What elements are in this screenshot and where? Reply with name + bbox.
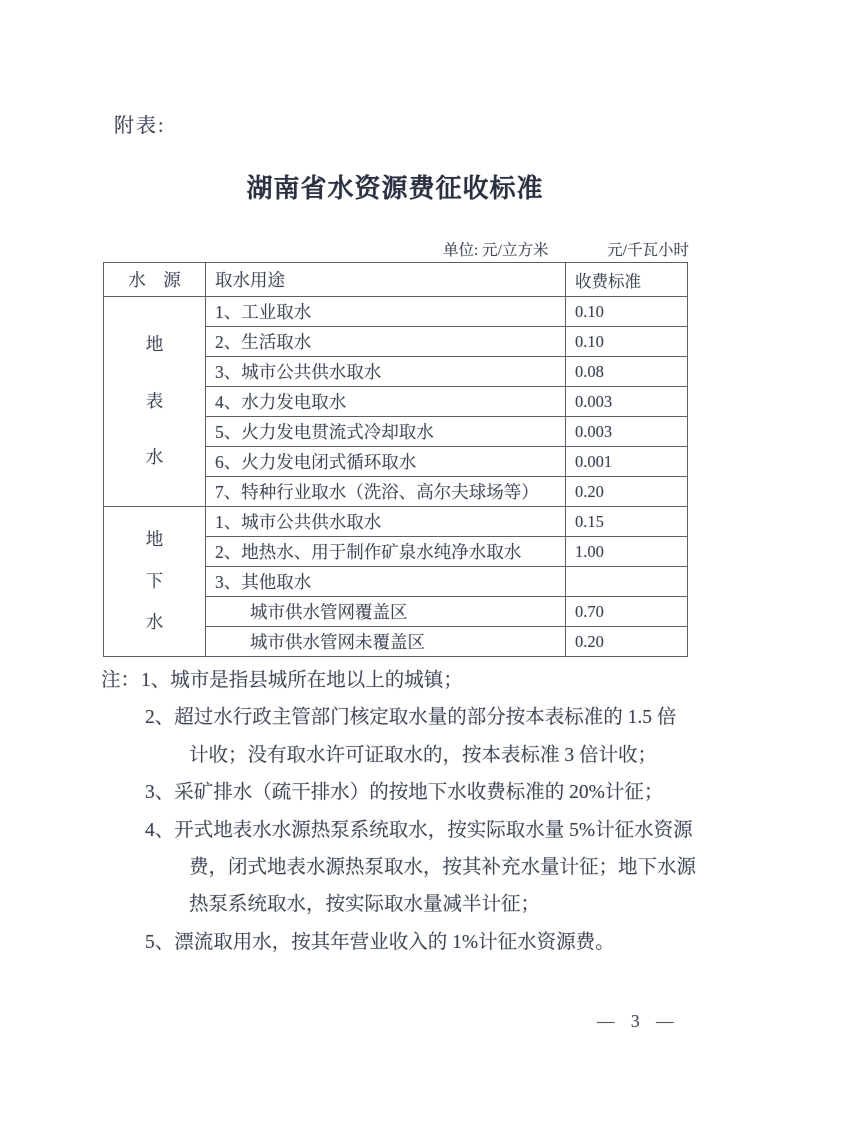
note-line: 费，闭式地表水源热泵取水，按其补充水量计征；地下水源 (189, 849, 701, 886)
attachment-label: 附表: (114, 109, 166, 138)
note-line: 3、采矿排水（疏干排水）的按地下水收费标准的 20%计征； (145, 774, 701, 811)
note-line: 热泵系统取水，按实际取水量减半计征； (189, 886, 701, 923)
fee-cell: 0.10 (566, 297, 688, 327)
fee-cell: 0.15 (566, 507, 688, 537)
notes-prefix: 注： (101, 670, 140, 691)
note-line: 计收；没有取水许可证取水的，按本表标准 3 倍计收； (189, 737, 701, 774)
fee-cell: 0.20 (566, 627, 688, 657)
note-line: 4、开式地表水水源热泵系统取水，按实际取水量 5%计征水资源 (145, 812, 701, 849)
note-line: 5、漂流取用水，按其年营业收入的 1%计征水资源费。 (145, 924, 701, 961)
fee-cell: 0.20 (566, 477, 688, 507)
group-char: 水 (146, 449, 164, 467)
purpose-cell: 3、城市公共供水取水 (206, 357, 566, 387)
purpose-cell: 4、水力发电取水 (206, 387, 566, 417)
fee-cell: 1.00 (566, 537, 688, 567)
fee-cell: 0.003 (566, 387, 688, 417)
purpose-cell: 2、生活取水 (206, 327, 566, 357)
note-line: 注：1、城市是指县城所在地以上的城镇； (101, 662, 701, 699)
purpose-cell: 6、火力发电闭式循环取水 (206, 447, 566, 477)
purpose-cell-indented: 城市供水管网未覆盖区 (206, 627, 566, 657)
group-char: 表 (146, 393, 164, 411)
fee-cell (566, 567, 688, 597)
purpose-cell: 2、地热水、用于制作矿泉水纯净水取水 (206, 537, 566, 567)
purpose-cell-indented: 城市供水管网覆盖区 (206, 597, 566, 627)
surface-water-vertical-label: 地 表 水 (104, 298, 205, 506)
unit-secondary: 元/千瓦小时 (607, 238, 689, 260)
col-header-source: 水 源 (104, 263, 206, 297)
group-char: 下 (146, 573, 164, 591)
group-char: 地 (146, 531, 164, 549)
col-header-purpose: 取水用途 (206, 263, 566, 297)
ground-water-vertical-label: 地 下 水 (104, 508, 205, 656)
fee-cell: 0.003 (566, 417, 688, 447)
unit-primary: 单位: 元/立方米 (443, 238, 549, 260)
page-number: — 3 — (597, 1011, 674, 1032)
purpose-cell: 1、工业取水 (206, 297, 566, 327)
note-line: 2、超过水行政主管部门核定取水量的部分按本表标准的 1.5 倍 (145, 699, 701, 736)
fee-cell: 0.10 (566, 327, 688, 357)
purpose-cell: 1、城市公共供水取水 (206, 507, 566, 537)
group-char: 地 (146, 336, 164, 354)
scanned-document-page: 附表: 湖南省水资源费征收标准 单位: 元/立方米 元/千瓦小时 水 源 取水用… (0, 0, 864, 1121)
source-group-surface-water: 地 表 水 (104, 297, 206, 507)
unit-note: 单位: 元/立方米 元/千瓦小时 (443, 238, 689, 260)
group-char: 水 (146, 614, 164, 632)
table-row: 地 下 水 1、城市公共供水取水 0.15 (104, 507, 688, 537)
source-group-ground-water: 地 下 水 (104, 507, 206, 657)
fee-cell: 0.001 (566, 447, 688, 477)
notes-section: 注：1、城市是指县城所在地以上的城镇； 2、超过水行政主管部门核定取水量的部分按… (101, 662, 701, 961)
col-header-standard: 收费标准 (566, 263, 688, 297)
fee-table: 水 源 取水用途 收费标准 地 表 水 1、工业取水 0.10 2、生活取水 0… (103, 262, 688, 657)
document-title: 湖南省水资源费征收标准 (0, 168, 790, 205)
purpose-cell: 3、其他取水 (206, 567, 566, 597)
fee-cell: 0.70 (566, 597, 688, 627)
note-text: 1、城市是指县城所在地以上的城镇； (141, 670, 463, 691)
purpose-cell: 7、特种行业取水（洗浴、高尔夫球场等） (206, 477, 566, 507)
fee-cell: 0.08 (566, 357, 688, 387)
table-header-row: 水 源 取水用途 收费标准 (104, 263, 688, 297)
table-row: 地 表 水 1、工业取水 0.10 (104, 297, 688, 327)
purpose-cell: 5、火力发电贯流式冷却取水 (206, 417, 566, 447)
